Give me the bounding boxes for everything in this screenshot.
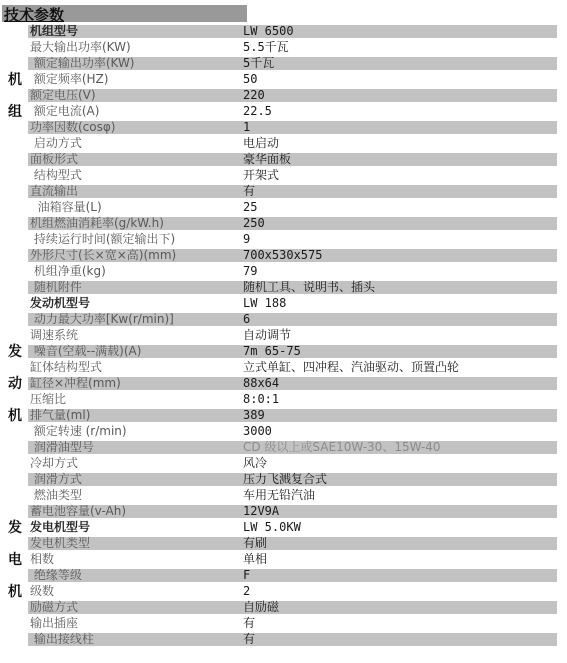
spec-row: 发动机型号LW 188	[28, 296, 557, 312]
row-label: 机组净重(kg)	[28, 264, 243, 280]
row-value: 7m 65-75	[243, 344, 557, 360]
row-label: 功率因数(cosφ)	[28, 120, 243, 136]
spec-sheet-page: 技术参数 机组型号LW 6500最大输出功率(KW)5.5千瓦 额定输出功率(K…	[0, 0, 567, 663]
row-label: 励磁方式	[28, 600, 243, 616]
row-label: 最大输出功率(KW)	[28, 40, 243, 56]
spec-row: 随机附件随机工具、说明书、插头	[28, 280, 557, 296]
spec-row: 润滑油型号CD 级以上或SAE10W-30、15W-40	[28, 440, 557, 456]
row-label: 蓄电池容量(v-Ah)	[28, 504, 243, 520]
row-label: 随机附件	[28, 280, 243, 296]
spec-rows: 机组型号LW 6500最大输出功率(KW)5.5千瓦 额定输出功率(KW)5千瓦…	[28, 24, 557, 648]
spec-row: 机排气量(ml)389	[28, 408, 557, 424]
row-label: 额定频率(HZ)	[28, 72, 243, 88]
row-value: 单相	[243, 552, 557, 568]
spec-row: 冷却方式风冷	[28, 456, 557, 472]
row-label: 发电机型号	[28, 520, 243, 536]
row-label: 润滑方式	[28, 472, 243, 488]
spec-row: 动缸径×冲程(mm)88x64	[28, 376, 557, 392]
row-label: 结构型式	[28, 168, 243, 184]
spec-row: 额定转速 (r/min)3000	[28, 424, 557, 440]
group-label-char: 发	[4, 344, 26, 360]
row-label: 动力最大功率[Kw(r/min)]	[28, 312, 243, 328]
row-label: 输出接线柱	[28, 632, 243, 648]
row-label: 外形尺寸(长×宽×高)(mm)	[28, 248, 243, 264]
row-label: 额定电流(A)	[28, 104, 243, 120]
section-title-bar: 技术参数	[2, 5, 247, 22]
row-value: 车用无铅汽油	[243, 488, 557, 504]
row-value: 5.5千瓦	[243, 40, 557, 56]
row-label: 油箱容量(L)	[28, 200, 243, 216]
spec-row: 机组型号LW 6500	[28, 24, 557, 40]
spec-row: 直流输出有	[28, 184, 557, 200]
row-value: 700x530x575	[243, 248, 557, 264]
spec-row: 组 额定电流(A)22.5	[28, 104, 557, 120]
row-value: 8:0:1	[243, 392, 557, 408]
row-value: CD 级以上或SAE10W-30、15W-40	[243, 440, 557, 456]
row-value: 220	[243, 88, 557, 104]
spec-row: 压缩比8:0:1	[28, 392, 557, 408]
row-value: 79	[243, 264, 557, 280]
spec-row: 润滑方式压力飞溅复合式	[28, 472, 557, 488]
spec-row: 功率因数(cosφ)1	[28, 120, 557, 136]
row-value: 2	[243, 584, 557, 600]
row-label: 持续运行时间(额定输出下)	[28, 232, 243, 248]
row-label: 额定转速 (r/min)	[28, 424, 243, 440]
row-label: 排气量(ml)	[28, 408, 243, 424]
spec-row: 蓄电池容量(v-Ah)12V9A	[28, 504, 557, 520]
spec-row: 机 额定频率(HZ)50	[28, 72, 557, 88]
row-label: 发电机类型	[28, 536, 243, 552]
spec-row: 缸体结构型式立式单缸、四冲程、汽油驱动、顶置凸轮	[28, 360, 557, 376]
group-label-char: 机	[4, 72, 26, 88]
row-label: 压缩比	[28, 392, 243, 408]
row-value: 随机工具、说明书、插头	[243, 280, 557, 296]
row-value: 1	[243, 120, 557, 136]
row-value: 12V9A	[243, 504, 557, 520]
row-value: 电启动	[243, 136, 557, 152]
row-label: 输出插座	[28, 616, 243, 632]
row-value: F	[243, 568, 557, 584]
row-value: 9	[243, 232, 557, 248]
row-label: 燃油类型	[28, 488, 243, 504]
row-value: 88x64	[243, 376, 557, 392]
spec-row: 外形尺寸(长×宽×高)(mm)700x530x575	[28, 248, 557, 264]
row-label: 机组型号	[28, 24, 243, 40]
group-label-char: 组	[4, 104, 26, 120]
row-label: 额定电压(V)	[28, 88, 243, 104]
row-value: 压力飞溅复合式	[243, 472, 557, 488]
spec-row: 电相数单相	[28, 552, 557, 568]
row-value: 开架式	[243, 168, 557, 184]
spec-row: 发发电机型号LW 5.0KW	[28, 520, 557, 536]
row-label: 相数	[28, 552, 243, 568]
row-value: 有	[243, 184, 557, 200]
spec-row: 机级数2	[28, 584, 557, 600]
row-value: 22.5	[243, 104, 557, 120]
row-label: 级数	[28, 584, 243, 600]
row-value: 5千瓦	[243, 56, 557, 72]
row-label: 绝缘等级	[28, 568, 243, 584]
row-label: 机组燃油消耗率(g/kW.h)	[28, 216, 243, 232]
row-value: LW 188	[243, 296, 557, 312]
spec-row: 输出接线柱有	[28, 632, 557, 648]
group-label-char: 发	[4, 520, 26, 536]
spec-row: 绝缘等级F	[28, 568, 557, 584]
group-label-char: 动	[4, 376, 26, 392]
row-label: 额定输出功率(KW)	[28, 56, 243, 72]
group-label-char: 机	[4, 584, 26, 600]
row-label: 缸体结构型式	[28, 360, 243, 376]
spec-row: 结构型式开架式	[28, 168, 557, 184]
row-value: 自动调节	[243, 328, 557, 344]
spec-row: 机组燃油消耗率(g/kW.h)250	[28, 216, 557, 232]
row-label: 直流输出	[28, 184, 243, 200]
row-value: 立式单缸、四冲程、汽油驱动、顶置凸轮	[243, 360, 557, 376]
row-value: LW 5.0KW	[243, 520, 557, 536]
row-value: 389	[243, 408, 557, 424]
row-value: 有	[243, 632, 557, 648]
row-label: 缸径×冲程(mm)	[28, 376, 243, 392]
spec-row: 燃油类型车用无铅汽油	[28, 488, 557, 504]
row-value: 豪华面板	[243, 152, 557, 168]
spec-row: 励磁方式自励磁	[28, 600, 557, 616]
spec-row: 额定输出功率(KW)5千瓦	[28, 56, 557, 72]
row-value: 6	[243, 312, 557, 328]
row-value: 25	[243, 200, 557, 216]
section-title: 技术参数	[2, 7, 64, 24]
spec-row: 启动方式电启动	[28, 136, 557, 152]
row-label: 润滑油型号	[28, 440, 243, 456]
row-label: 冷却方式	[28, 456, 243, 472]
spec-row: 调速系统自动调节	[28, 328, 557, 344]
row-value: LW 6500	[243, 24, 557, 40]
spec-row: 输出插座有	[28, 616, 557, 632]
row-value: 自励磁	[243, 600, 557, 616]
group-label-char: 机	[4, 408, 26, 424]
row-label: 面板形式	[28, 152, 243, 168]
spec-row: 发电机类型有刷	[28, 536, 557, 552]
spec-row: 额定电压(V)220	[28, 88, 557, 104]
row-label: 调速系统	[28, 328, 243, 344]
spec-row: 最大输出功率(KW)5.5千瓦	[28, 40, 557, 56]
row-value: 有	[243, 616, 557, 632]
row-label: 噪音(空载--满载)(A)	[28, 344, 243, 360]
spec-row: 动力最大功率[Kw(r/min)]6	[28, 312, 557, 328]
spec-row: 持续运行时间(额定输出下)9	[28, 232, 557, 248]
group-label-char: 电	[4, 552, 26, 568]
spec-row: 机组净重(kg)79	[28, 264, 557, 280]
spec-row: 发 噪音(空载--满载)(A)7m 65-75	[28, 344, 557, 360]
row-value: 有刷	[243, 536, 557, 552]
row-value: 风冷	[243, 456, 557, 472]
row-label: 启动方式	[28, 136, 243, 152]
spec-row: 油箱容量(L)25	[28, 200, 557, 216]
row-label: 发动机型号	[28, 296, 243, 312]
row-value: 3000	[243, 424, 557, 440]
spec-row: 面板形式豪华面板	[28, 152, 557, 168]
row-value: 50	[243, 72, 557, 88]
row-value: 250	[243, 216, 557, 232]
